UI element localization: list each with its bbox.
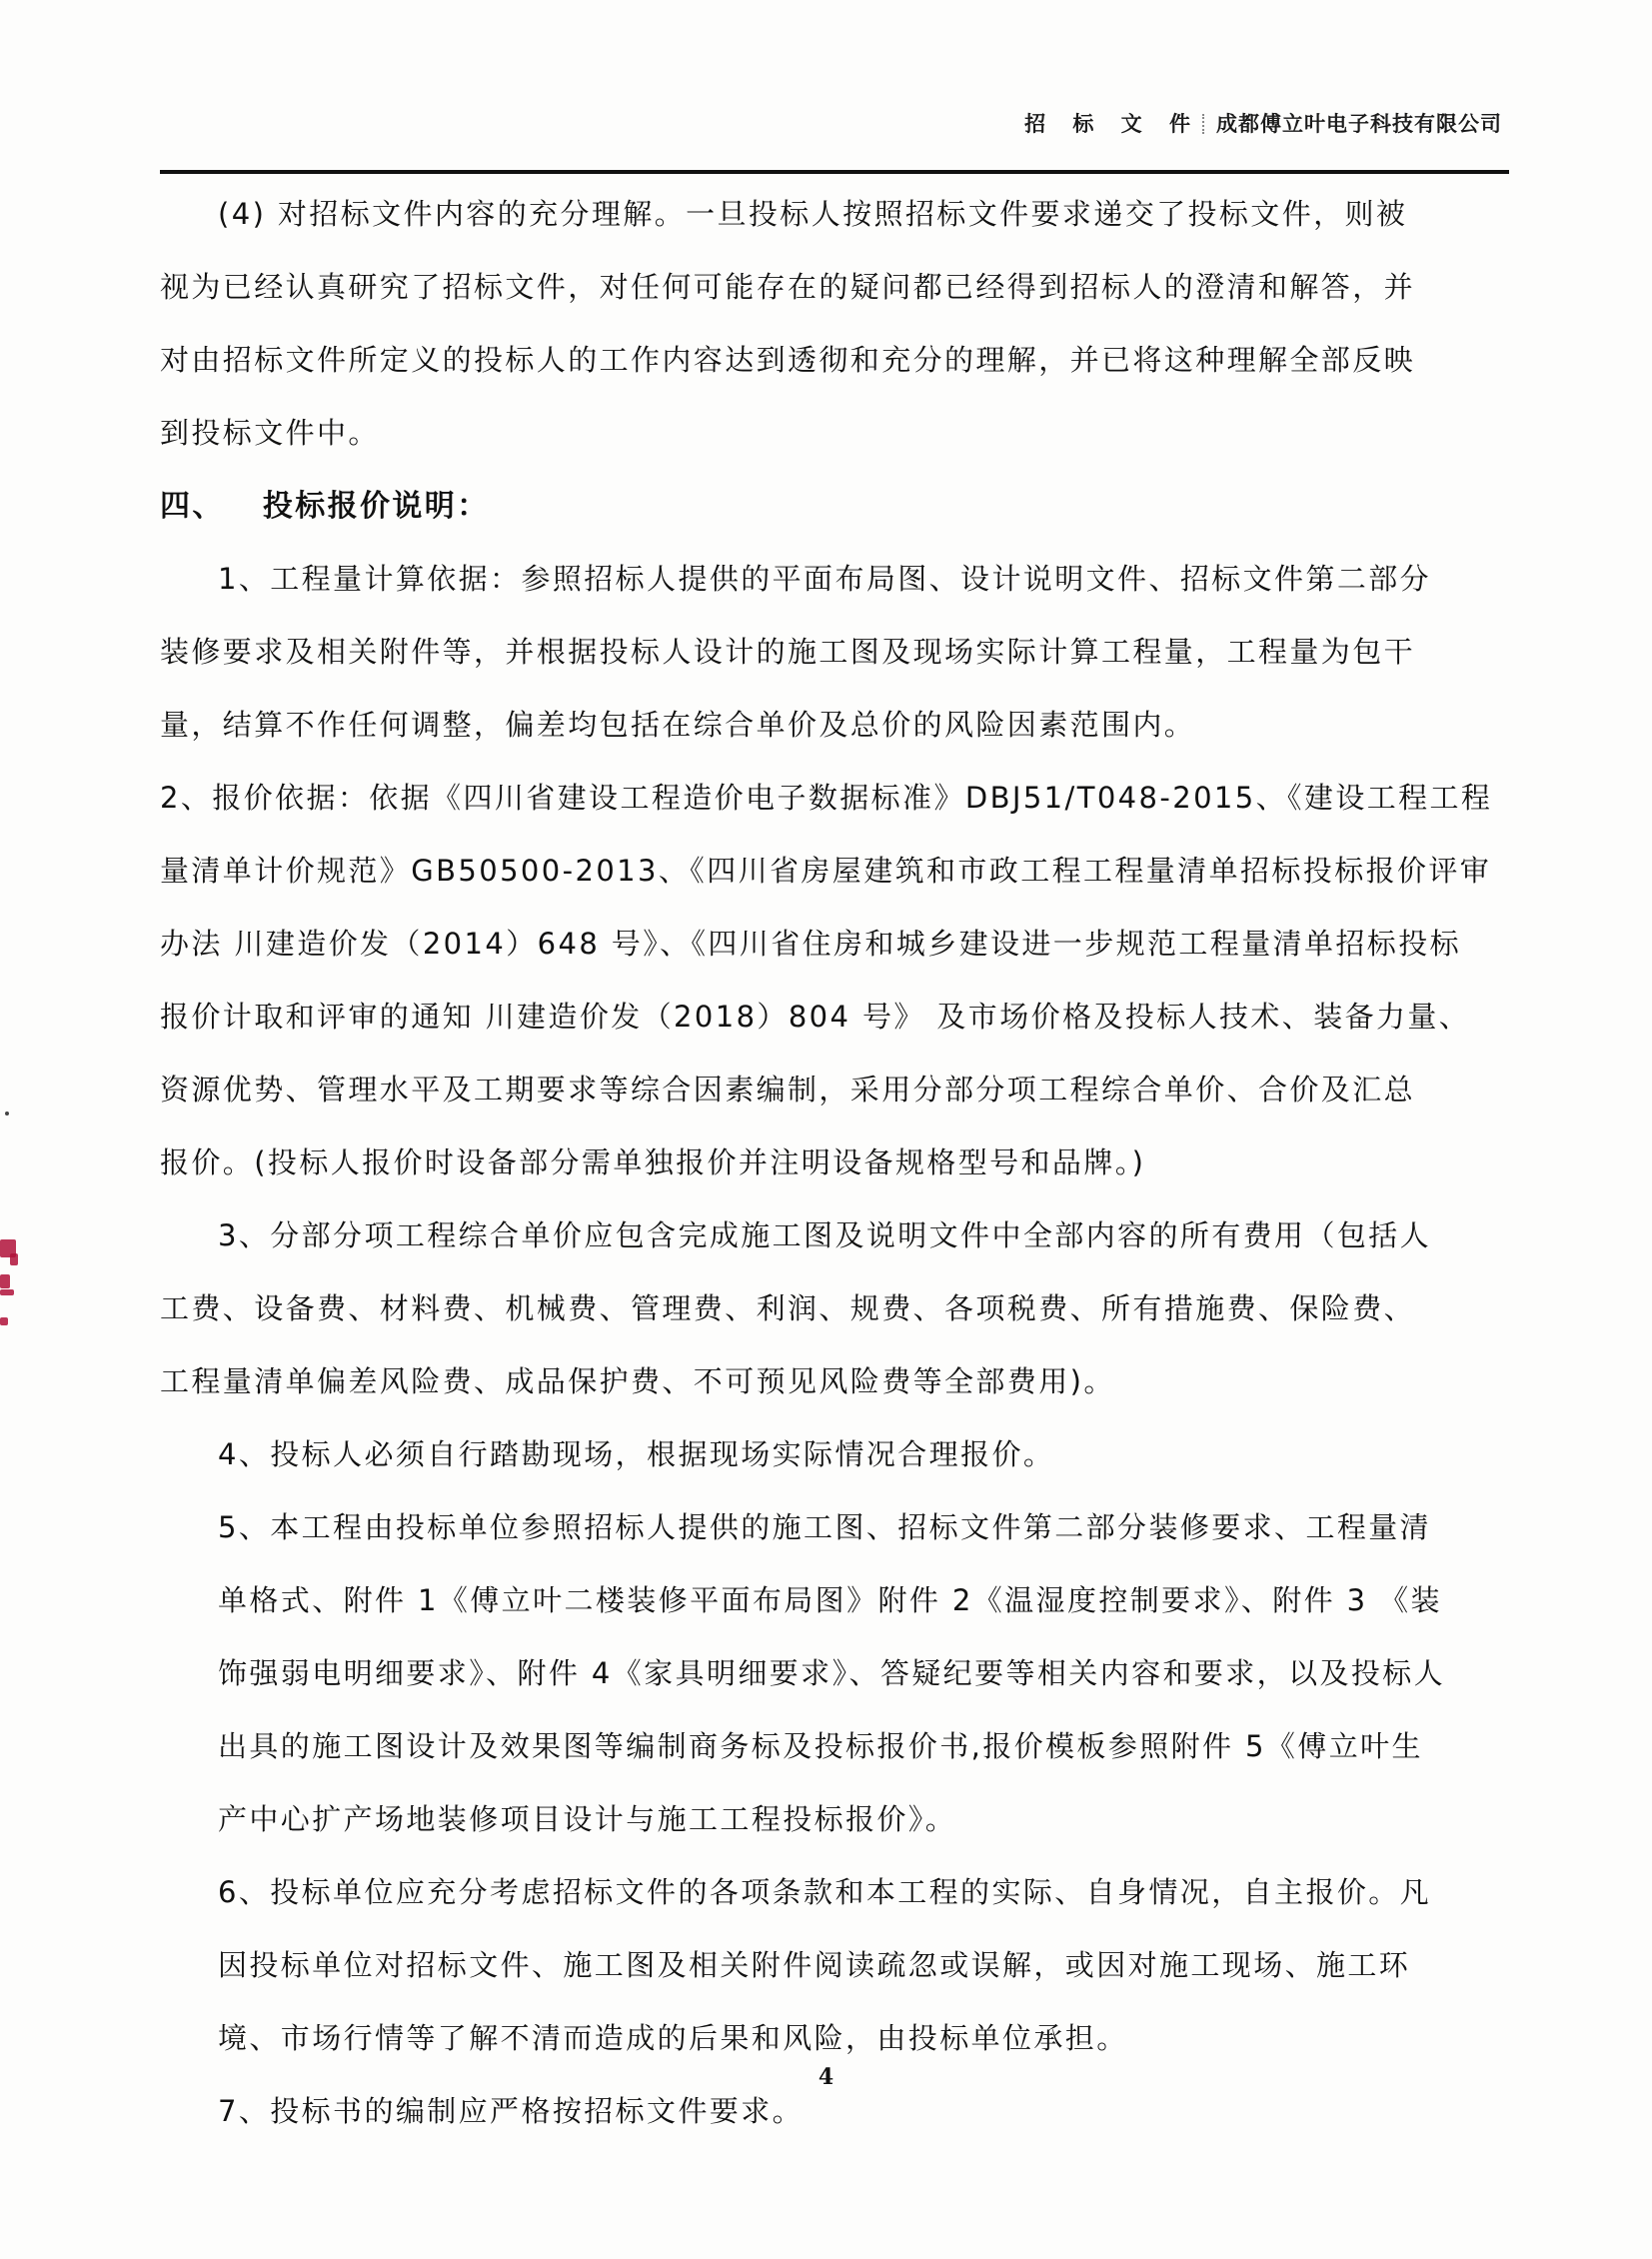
paragraph-line: 视为已经认真研究了招标文件，对任何可能存在的疑问都已经得到招标人的澄清和解答，并 xyxy=(160,251,1509,324)
paragraph-line: 报价。(投标人报价时设备部分需单独报价并注明设备规格型号和品牌。) xyxy=(160,1127,1509,1199)
header-company: 成都傅立叶电子科技有限公司 xyxy=(1216,112,1502,136)
scan-speck xyxy=(5,1112,9,1116)
paragraph-line: 工费、设备费、材料费、机械费、管理费、利润、规费、各项税费、所有措施费、保险费、 xyxy=(160,1272,1509,1345)
item-4: 4、投标人必须自行踏勘现场，根据现场实际情况合理报价。 xyxy=(160,1418,1509,1491)
paragraph-line: 3、分部分项工程综合单价应包含完成施工图及说明文件中全部内容的所有费用（包括人 xyxy=(160,1199,1509,1272)
document-body: (4) 对招标文件内容的充分理解。一旦投标人按照招标文件要求递交了投标文件，则被… xyxy=(160,178,1509,2148)
paragraph-line: 4、投标人必须自行踏勘现场，根据现场实际情况合理报价。 xyxy=(160,1418,1509,1491)
paragraph-line: 工程量清单偏差风险费、成品保护费、不可预见风险费等全部费用)。 xyxy=(160,1345,1509,1418)
paragraph-line: 对由招标文件所定义的投标人的工作内容达到透彻和充分的理解，并已将这种理解全部反映 xyxy=(160,324,1509,397)
paragraph-line: 1、工程量计算依据：参照招标人提供的平面布局图、设计说明文件、招标文件第二部分 xyxy=(160,543,1509,616)
paragraph-line: 因投标单位对招标文件、施工图及相关附件阅读疏忽或误解，或因对施工现场、施工环 xyxy=(160,1929,1509,2002)
paragraph-line: 到投标文件中。 xyxy=(160,397,1509,470)
paragraph-line: 单格式、附件 1《傅立叶二楼装修平面布局图》附件 2《温湿度控制要求》、附件 3… xyxy=(160,1564,1509,1637)
paragraph-line: (4) 对招标文件内容的充分理解。一旦投标人按照招标文件要求递交了投标文件，则被 xyxy=(160,178,1509,251)
header-rule xyxy=(160,170,1509,174)
page-number: 4 xyxy=(0,2064,1652,2090)
item-6: 6、投标单位应充分考虑招标文件的各项条款和本工程的实际、自身情况，自主报价。凡 … xyxy=(160,1856,1509,2075)
paragraph-line: 办法 川建造价发（2014）648 号》、《四川省住房和城乡建设进一步规范工程量… xyxy=(160,908,1509,981)
paragraph-line: 装修要求及相关附件等，并根据投标人设计的施工图及现场实际计算工程量，工程量为包干 xyxy=(160,616,1509,689)
section-heading: 四、投标报价说明： xyxy=(160,470,1509,543)
seal-fragment xyxy=(0,1317,8,1325)
paragraph-line: 6、投标单位应充分考虑招标文件的各项条款和本工程的实际、自身情况，自主报价。凡 xyxy=(160,1856,1509,1929)
paragraph-line: 量清单计价规范》GB50500-2013、《四川省房屋建筑和市政工程工程量清单招… xyxy=(160,835,1509,908)
header-separator xyxy=(1202,114,1206,134)
paragraph-line: 2、报价依据：依据《四川省建设工程造价电子数据标准》DBJ51/T048-201… xyxy=(160,762,1509,835)
header-doc-type: 招 标 文 件 xyxy=(1024,112,1200,136)
item-2: 2、报价依据：依据《四川省建设工程造价电子数据标准》DBJ51/T048-201… xyxy=(160,762,1509,1199)
item-3: 3、分部分项工程综合单价应包含完成施工图及说明文件中全部内容的所有费用（包括人 … xyxy=(160,1199,1509,1418)
paragraph-line: 报价计取和评审的通知 川建造价发（2018）804 号》 及市场价格及投标人技术… xyxy=(160,981,1509,1054)
seal-fragment xyxy=(0,1289,14,1295)
paragraph-line: 饰强弱电明细要求》、附件 4《家具明细要求》、答疑纪要等相关内容和要求，以及投标… xyxy=(160,1637,1509,1710)
paragraph-line: 量，结算不作任何调整，偏差均包括在综合单价及总价的风险因素范围内。 xyxy=(160,689,1509,762)
seal-fragment xyxy=(0,1274,10,1288)
running-header: 招 标 文 件成都傅立叶电子科技有限公司 xyxy=(1024,108,1502,138)
seal-fragment xyxy=(10,1253,18,1265)
section-title: 投标报价说明： xyxy=(263,489,490,524)
paragraph-line: 产中心扩产场地装修项目设计与施工工程投标报价》。 xyxy=(160,1783,1509,1856)
paragraph-line: 5、本工程由投标单位参照招标人提供的施工图、招标文件第二部分装修要求、工程量清 xyxy=(160,1491,1509,1564)
section-number: 四、 xyxy=(160,489,225,524)
item-5: 5、本工程由投标单位参照招标人提供的施工图、招标文件第二部分装修要求、工程量清 … xyxy=(160,1491,1509,1856)
item-1: 1、工程量计算依据：参照招标人提供的平面布局图、设计说明文件、招标文件第二部分 … xyxy=(160,543,1509,762)
paragraph-line: 出具的施工图设计及效果图等编制商务标及投标报价书,报价模板参照附件 5《傅立叶生 xyxy=(160,1710,1509,1783)
paragraph-line: 资源优势、管理水平及工期要求等综合因素编制，采用分部分项工程综合单价、合价及汇总 xyxy=(160,1054,1509,1127)
document-page: 招 标 文 件成都傅立叶电子科技有限公司 (4) 对招标文件内容的充分理解。一旦… xyxy=(0,0,1652,2259)
intro-paragraph: (4) 对招标文件内容的充分理解。一旦投标人按照招标文件要求递交了投标文件，则被… xyxy=(160,178,1509,470)
